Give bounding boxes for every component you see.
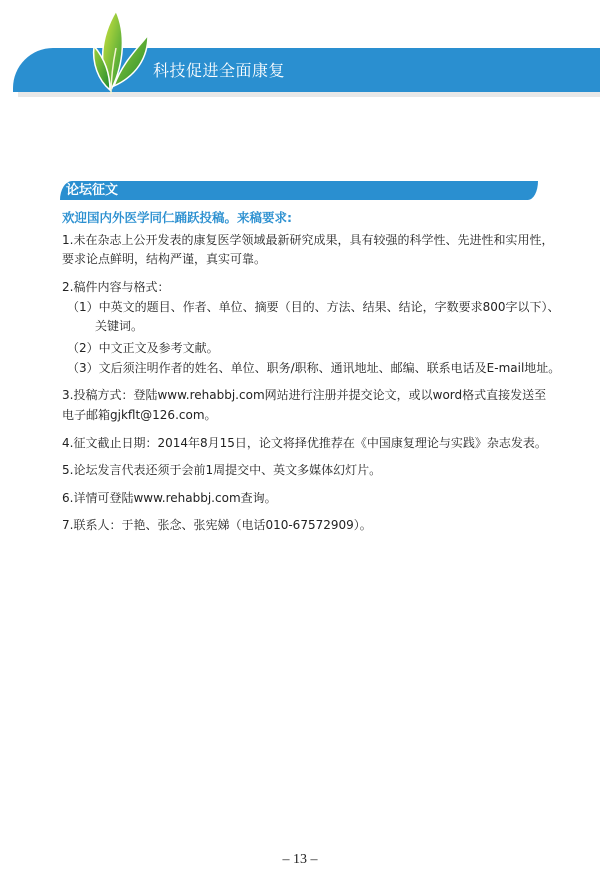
- item-3-line-1: 3.投稿方式：登陆www.rehabbj.com网站进行注册并提交论文，或以wo…: [62, 387, 546, 404]
- header-title: 科技促进全面康复: [153, 58, 285, 81]
- item-2-sub-1-line-1: （1）中英文的题目、作者、单位、摘要（目的、方法、结果、结论，字数要求800字以…: [67, 299, 560, 316]
- item-6: 6.详情可登陆www.rehabbj.com查询。: [62, 490, 277, 507]
- item-2-sub-2: （2）中文正文及参考文献。: [67, 340, 219, 357]
- item-5: 5.论坛发言代表还须于会前1周提交中、英文多媒体幻灯片。: [62, 462, 381, 479]
- section-title: 论坛征文: [66, 181, 118, 200]
- item-2-sub-1-line-2: 关键词。: [95, 318, 143, 335]
- call-for-papers-intro: 欢迎国内外医学同仁踊跃投稿。来稿要求:: [62, 208, 292, 226]
- section-bar: [60, 181, 538, 200]
- page-number: – 13 –: [0, 852, 600, 868]
- item-2-sub-3: （3）文后须注明作者的姓名、单位、职务/职称、通讯地址、邮编、联系电话及E-ma…: [67, 360, 560, 377]
- item-7: 7.联系人：于艳、张念、张宪娣（电话010-67572909）。: [62, 517, 372, 534]
- item-1-line-2: 要求论点鲜明，结构严谨，真实可靠。: [62, 251, 266, 268]
- item-3-line-2: 电子邮箱gjkflt@126.com。: [62, 407, 217, 424]
- item-1-line-1: 1.未在杂志上公开发表的康复医学领域最新研究成果，具有较强的科学性、先进性和实用…: [62, 232, 553, 249]
- leaf-logo-icon: [78, 8, 153, 94]
- item-2-line-1: 2.稿件内容与格式：: [62, 279, 169, 296]
- item-4: 4.征文截止日期：2014年8月15日，论文将择优推荐在《中国康复理论与实践》杂…: [62, 435, 547, 452]
